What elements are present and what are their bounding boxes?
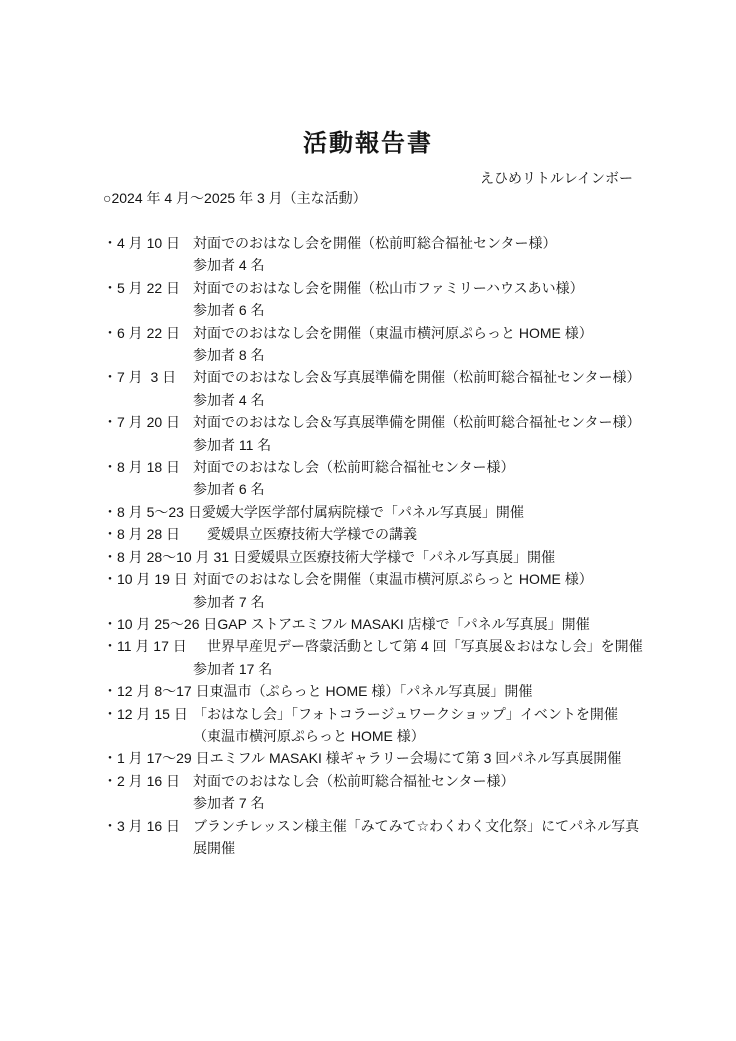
activity-description: エミフル MASAKI 様ギャラリー会場にて第 3 回パネル写真展開催 [210,747,622,769]
activity-description: 対面でのおはなし会（松前町総合福祉センター様） [193,456,514,478]
organization-name: えひめリトルレインボー [103,170,651,186]
bullet-icon: ・ [103,277,117,299]
activity-description: 対面でのおはなし会＆写真展準備を開催（松前町総合福祉センター様） [193,366,640,388]
activity-description: 対面でのおはなし会を開催（松山市ファミリーハウスあい様） [193,277,584,299]
bullet-icon: ・ [103,411,117,433]
activity-date: 10 月 25～26 日 [117,613,217,635]
activity-date: 8 月 28～10 月 31 日 [117,546,247,568]
activity-row: ・ 6 月 22 日 対面でのおはなし会を開催（東温市横河原ぷらっと HOME … [103,322,651,344]
bullet-icon: ・ [103,680,117,702]
participants-count: 参加者 4 名 [103,254,651,276]
activity-description: 愛媛県立医療技術大学様で「パネル写真展」開催 [247,546,555,568]
bullet-icon: ・ [103,747,117,769]
activity-date: 1 月 17～29 日 [117,747,210,769]
bullet-icon: ・ [103,635,117,657]
activity-date: 12 月 15 日 [117,703,193,725]
activity-date: 8 月 5～23 日 [117,501,202,523]
activity-date: 5 月 22 日 [117,277,193,299]
activity-date: 2 月 16 日 [117,770,193,792]
activity-description: 愛媛県立医療技術大学様での講義 [193,523,417,545]
activity-description: 「おはなし会」「フォトコラージュワークショップ」イベントを開催 [193,703,618,725]
bullet-icon: ・ [103,366,117,388]
activity-description: 対面でのおはなし会（松前町総合福祉センター様） [193,770,514,792]
continuation-line: （東温市横河原ぷらっと HOME 様） [103,725,651,747]
bullet-icon: ・ [103,770,117,792]
bullet-icon: ・ [103,456,117,478]
activity-date: 8 月 18 日 [117,456,193,478]
activity-description: 世界早産児デー啓蒙活動として第 4 回「写真展＆おはなし会」を開催 [193,635,643,657]
activity-description: 東温市（ぷらっと HOME 様）「パネル写真展」開催 [210,680,533,702]
participants-count: 参加者 6 名 [103,478,651,500]
participants-count: 参加者 6 名 [103,299,651,321]
activity-row: ・ 10 月 25～26 日 GAP ストアエミフル MASAKI 店様で「パネ… [103,613,651,635]
activity-description: GAP ストアエミフル MASAKI 店様で「パネル写真展」開催 [217,613,589,635]
activity-row: ・ 7 月 20 日 対面でのおはなし会＆写真展準備を開催（松前町総合福祉センタ… [103,411,651,433]
activity-description: 対面でのおはなし会を開催（東温市横河原ぷらっと HOME 様） [193,322,593,344]
activity-row: ・ 8 月 18 日 対面でのおはなし会（松前町総合福祉センター様） [103,456,651,478]
activity-date: 7 月 3 日 [117,366,193,388]
bullet-icon: ・ [103,501,117,523]
activity-row: ・ 8 月 28 日 愛媛県立医療技術大学様での講義 [103,523,651,545]
activity-row: ・ 8 月 5～23 日 愛媛大学医学部付属病院様で「パネル写真展」開催 [103,501,651,523]
bullet-icon: ・ [103,546,117,568]
activity-date: 7 月 20 日 [117,411,193,433]
activity-row: ・ 3 月 16 日 ブランチレッスン様主催「みてみて☆わくわく文化祭」にてパネ… [103,815,651,837]
participants-count: 参加者 17 名 [103,658,651,680]
document-page: 活動報告書 えひめリトルレインボー ○2024 年 4 月～2025 年 3 月… [0,0,736,1041]
activity-date: 6 月 22 日 [117,322,193,344]
activity-date: 4 月 10 日 [117,232,193,254]
activity-list: ・ 4 月 10 日 対面でのおはなし会を開催（松前町総合福祉センター様） 参加… [103,232,651,859]
activity-date: 11 月 17 日 [117,635,193,657]
bullet-icon: ・ [103,815,117,837]
activity-description: 愛媛大学医学部付属病院様で「パネル写真展」開催 [202,501,524,523]
activity-date: 3 月 16 日 [117,815,193,837]
activity-description: ブランチレッスン様主催「みてみて☆わくわく文化祭」にてパネル写真 [193,815,639,837]
activity-description: 対面でのおはなし会＆写真展準備を開催（松前町総合福祉センター様） [193,411,640,433]
activity-row: ・ 1 月 17～29 日 エミフル MASAKI 様ギャラリー会場にて第 3 … [103,747,651,769]
continuation-line: 展開催 [103,837,651,859]
activity-row: ・ 5 月 22 日 対面でのおはなし会を開催（松山市ファミリーハウスあい様） [103,277,651,299]
bullet-icon: ・ [103,613,117,635]
activity-date: 8 月 28 日 [117,523,193,545]
activity-description: 対面でのおはなし会を開催（松前町総合福祉センター様） [193,232,556,254]
activity-row: ・ 8 月 28～10 月 31 日 愛媛県立医療技術大学様で「パネル写真展」開… [103,546,651,568]
document-title: 活動報告書 [0,131,736,157]
bullet-icon: ・ [103,322,117,344]
activity-row: ・ 7 月 3 日 対面でのおはなし会＆写真展準備を開催（松前町総合福祉センター… [103,366,651,388]
participants-count: 参加者 8 名 [103,344,651,366]
participants-count: 参加者 7 名 [103,792,651,814]
activity-row: ・ 10 月 19 日 対面でのおはなし会を開催（東温市横河原ぷらっと HOME… [103,568,651,590]
period-heading: ○2024 年 4 月～2025 年 3 月（主な活動） [103,190,651,206]
bullet-icon: ・ [103,232,117,254]
activity-row: ・ 4 月 10 日 対面でのおはなし会を開催（松前町総合福祉センター様） [103,232,651,254]
activity-date: 10 月 19 日 [117,568,193,590]
participants-count: 参加者 11 名 [103,434,651,456]
activity-row: ・ 2 月 16 日 対面でのおはなし会（松前町総合福祉センター様） [103,770,651,792]
participants-count: 参加者 7 名 [103,591,651,613]
bullet-icon: ・ [103,523,117,545]
activity-date: 12 月 8～17 日 [117,680,210,702]
participants-count: 参加者 4 名 [103,389,651,411]
activity-row: ・ 12 月 15 日 「おはなし会」「フォトコラージュワークショップ」イベント… [103,703,651,725]
bullet-icon: ・ [103,703,117,725]
activity-row: ・ 12 月 8～17 日 東温市（ぷらっと HOME 様）「パネル写真展」開催 [103,680,651,702]
activity-row: ・ 11 月 17 日 世界早産児デー啓蒙活動として第 4 回「写真展＆おはなし… [103,635,651,657]
activity-description: 対面でのおはなし会を開催（東温市横河原ぷらっと HOME 様） [193,568,593,590]
bullet-icon: ・ [103,568,117,590]
